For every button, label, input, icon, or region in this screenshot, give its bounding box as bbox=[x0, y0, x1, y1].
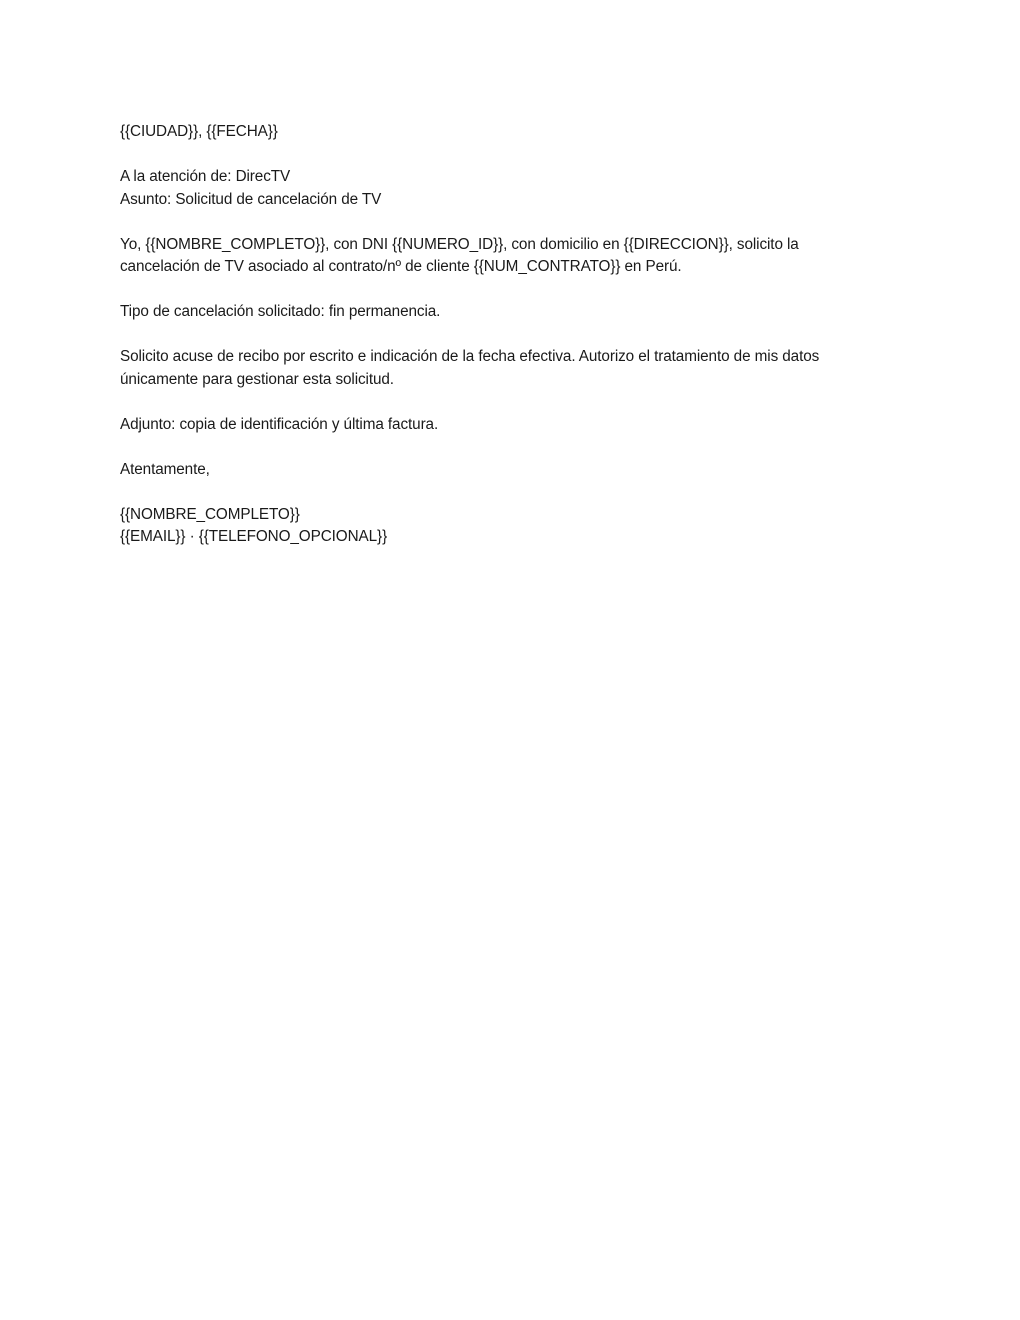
letter-document: {{CIUDAD}}, {{FECHA}} A la atención de: … bbox=[120, 121, 910, 549]
attention-line: A la atención de: DirecTV bbox=[120, 166, 910, 189]
body-paragraph-request: Yo, {{NOMBRE_COMPLETO}}, con DNI {{NUMER… bbox=[120, 234, 910, 279]
body-paragraph-acknowledgement: Solicito acuse de recibo por escrito e i… bbox=[120, 346, 910, 391]
signature-name: {{NOMBRE_COMPLETO}} bbox=[120, 504, 910, 527]
signature-contact: {{EMAIL}} · {{TELEFONO_OPCIONAL}} bbox=[120, 526, 910, 549]
place-date: {{CIUDAD}}, {{FECHA}} bbox=[120, 121, 910, 144]
attachments-line: Adjunto: copia de identificación y últim… bbox=[120, 414, 910, 437]
body-paragraph-request-line-1: Yo, {{NOMBRE_COMPLETO}}, con DNI {{NUMER… bbox=[120, 234, 910, 257]
subject-line: Asunto: Solicitud de cancelación de TV bbox=[120, 189, 910, 212]
body-paragraph-request-line-2: cancelación de TV asociado al contrato/n… bbox=[120, 256, 910, 279]
body-paragraph-acknowledgement-line-1: Solicito acuse de recibo por escrito e i… bbox=[120, 346, 910, 369]
body-paragraph-acknowledgement-line-2: únicamente para gestionar esta solicitud… bbox=[120, 369, 910, 392]
closing-line: Atentamente, bbox=[120, 459, 910, 482]
cancellation-type: Tipo de cancelación solicitado: fin perm… bbox=[120, 301, 910, 324]
